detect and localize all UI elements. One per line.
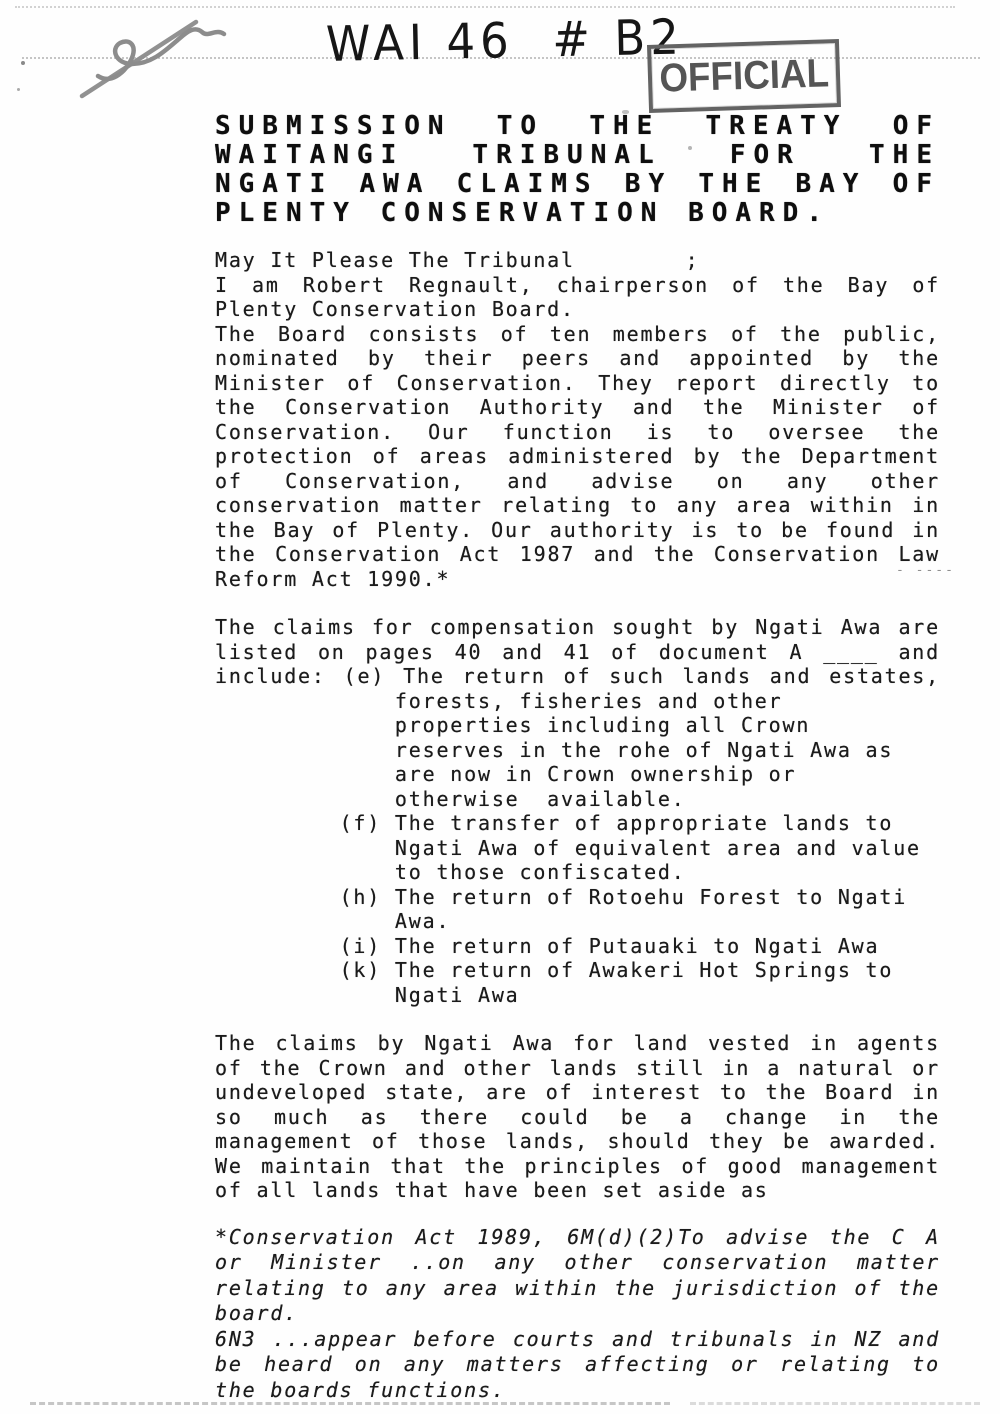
text-line: undeveloped state, are of interest to th… bbox=[215, 1080, 940, 1105]
list-item-line: forests, fisheries and other bbox=[215, 689, 940, 714]
text-line: the Conservation Act 1987 and the Conser… bbox=[215, 542, 940, 567]
list-item-line: (f) The transfer of appropriate lands to bbox=[215, 811, 940, 836]
text-line: May It Please The Tribunal ; bbox=[215, 248, 940, 273]
text-line: Reform Act 1990.* bbox=[215, 567, 940, 592]
scan-speck bbox=[17, 88, 20, 91]
title-line: PLENTY CONSERVATION BOARD. bbox=[215, 199, 940, 228]
title-line: NGATI AWA CLAIMS BY THE BAY OF bbox=[215, 170, 940, 199]
scan-artifact-bottom-dashed-line bbox=[30, 1402, 670, 1405]
text-line: of all lands that have been set aside as bbox=[215, 1178, 940, 1203]
footnote-line: 6N3 ...appear before courts and tribunal… bbox=[215, 1327, 940, 1353]
text-line: so much as there could be a change in th… bbox=[215, 1105, 940, 1130]
text-line: The claims by Ngati Awa for land vested … bbox=[215, 1031, 940, 1056]
text-line: The Board consists of ten members of the… bbox=[215, 322, 940, 347]
text-line: protection of areas administered by the … bbox=[215, 444, 940, 469]
list-item-line: (i) The return of Putauaki to Ngati Awa bbox=[215, 934, 940, 959]
text-line: I am Robert Regnault, chairperson of the… bbox=[215, 273, 940, 298]
text-line: Conservation. Our function is to oversee… bbox=[215, 420, 940, 445]
title-line: WAITANGI TRIBUNAL FOR THE bbox=[215, 141, 940, 170]
text-line: conservation matter relating to any area… bbox=[215, 493, 940, 518]
text-line: Minister of Conservation. They report di… bbox=[215, 371, 940, 396]
list-item-line: to those confiscated. bbox=[215, 860, 940, 885]
paragraph-claims-list: The claims for compensation sought by Ng… bbox=[215, 615, 940, 1007]
list-item-line: are now in Crown ownership or bbox=[215, 762, 940, 787]
scan-artifact-bottom-dashed-line bbox=[690, 1402, 980, 1405]
footnote-line: relating to any area within the jurisdic… bbox=[215, 1276, 940, 1302]
list-item-line: Ngati Awa bbox=[215, 983, 940, 1008]
list-item-line: (k) The return of Awakeri Hot Springs to bbox=[215, 958, 940, 983]
list-item-line: Ngati Awa of equivalent area and value bbox=[215, 836, 940, 861]
list-item-line: properties including all Crown bbox=[215, 713, 940, 738]
scan-speck bbox=[688, 146, 692, 150]
text-line: include: (e) The return of such lands an… bbox=[215, 664, 940, 689]
official-stamp-label: OFFICIAL bbox=[659, 51, 830, 101]
text-line: nominated by their peers and appointed b… bbox=[215, 346, 940, 371]
paragraph-board-position: The claims by Ngati Awa for land vested … bbox=[215, 1031, 940, 1203]
document-title: SUBMISSION TO THE TREATY OF WAITANGI TRI… bbox=[215, 112, 940, 228]
text-line: management of those lands, should they b… bbox=[215, 1129, 940, 1154]
list-item-line: otherwise available. bbox=[215, 787, 940, 812]
official-stamp: OFFICIAL bbox=[647, 39, 841, 113]
scan-artifact-dashes: - ---- bbox=[896, 563, 955, 578]
doc-reference-handwritten: WAI 46 # B2 bbox=[325, 8, 684, 73]
text-line: of Conservation, and advise on any other bbox=[215, 469, 940, 494]
paragraph-introduction: May It Please The Tribunal ; I am Robert… bbox=[215, 248, 940, 591]
text-line: of the Crown and other lands still in a … bbox=[215, 1056, 940, 1081]
footnote-line: *Conservation Act 1989, 6M(d)(2)To advis… bbox=[215, 1225, 940, 1251]
text-line: Plenty Conservation Board. bbox=[215, 297, 940, 322]
scanned-document-page: WAI 46 # B2 OFFICIAL SUBMISSION TO THE T… bbox=[0, 0, 1000, 1414]
text-line: the Conservation Authority and the Minis… bbox=[215, 395, 940, 420]
text-line: the Bay of Plenty. Our authority is to b… bbox=[215, 518, 940, 543]
footnote-line: board. bbox=[215, 1301, 940, 1327]
footnote: *Conservation Act 1989, 6M(d)(2)To advis… bbox=[215, 1225, 940, 1404]
scan-speck bbox=[622, 110, 629, 114]
text-line: The claims for compensation sought by Ng… bbox=[215, 615, 940, 640]
footnote-line: or Minister ..on any other conservation … bbox=[215, 1250, 940, 1276]
text-line: listed on pages 40 and 41 of document A … bbox=[215, 640, 940, 665]
footnote-line: the boards functions. bbox=[215, 1378, 940, 1404]
list-item-line: Awa. bbox=[215, 909, 940, 934]
typed-document-body: SUBMISSION TO THE TREATY OF WAITANGI TRI… bbox=[215, 112, 940, 1403]
footnote-line: be heard on any matters affecting or rel… bbox=[215, 1352, 940, 1378]
title-line: SUBMISSION TO THE TREATY OF bbox=[215, 112, 940, 141]
handwritten-signature bbox=[68, 8, 258, 103]
text-line: We maintain that the principles of good … bbox=[215, 1154, 940, 1179]
scan-speck bbox=[21, 61, 25, 65]
list-item-line: (h) The return of Rotoehu Forest to Ngat… bbox=[215, 885, 940, 910]
list-item-line: reserves in the rohe of Ngati Awa as bbox=[215, 738, 940, 763]
